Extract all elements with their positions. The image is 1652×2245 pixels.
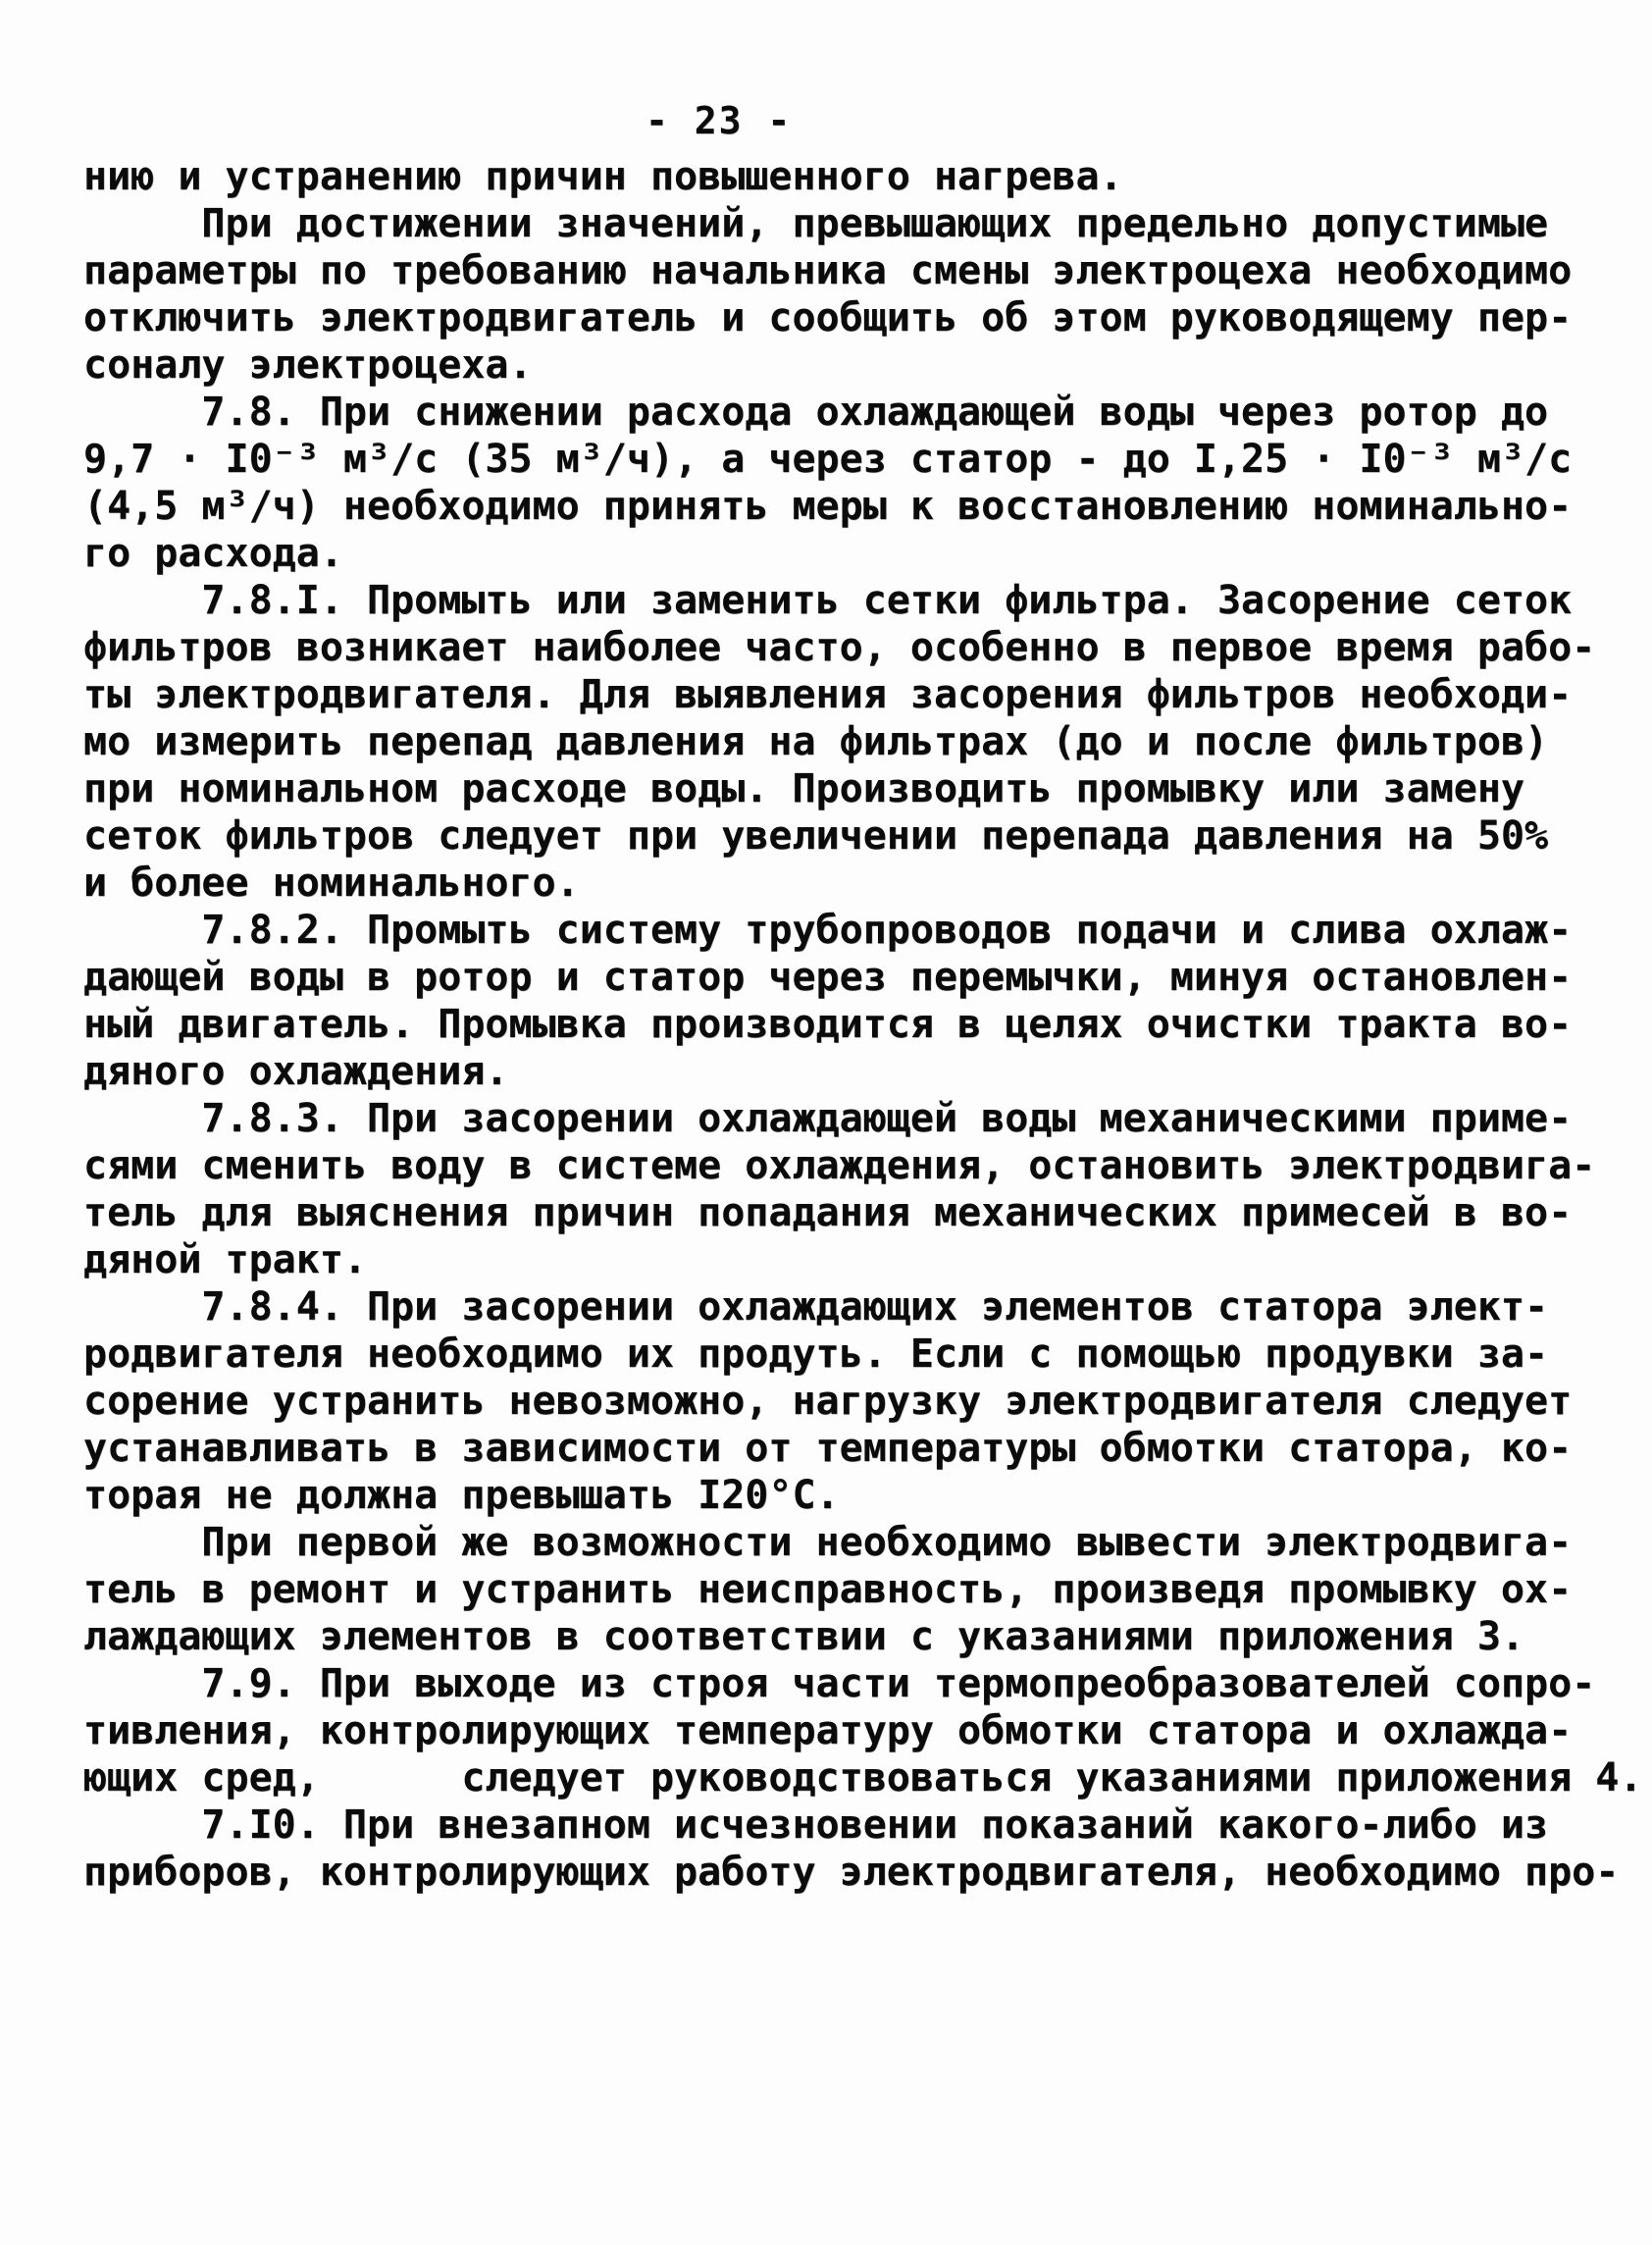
text-line: тель в ремонт и устранить неисправность,… xyxy=(83,1566,1643,1613)
text-line: тивления, контролирующих температуру обм… xyxy=(83,1707,1643,1754)
text-line: При достижении значений, превышающих пре… xyxy=(83,200,1643,247)
text-line: 7.8.3. При засорении охлаждающей воды ме… xyxy=(83,1095,1643,1142)
text-line: нию и устранению причин повышенного нагр… xyxy=(83,153,1643,200)
scanned-document-page: - 23 - нию и устранению причин повышенно… xyxy=(0,0,1652,2245)
text-line: родвигателя необходимо их продуть. Если … xyxy=(83,1331,1643,1378)
text-line: дяной тракт. xyxy=(83,1236,1643,1283)
text-line: дающей воды в ротор и статор через перем… xyxy=(83,954,1643,1001)
text-line: устанавливать в зависимости от температу… xyxy=(83,1425,1643,1472)
text-line: 7.9. При выходе из строя части термопрео… xyxy=(83,1660,1643,1707)
text-line: и более номинального. xyxy=(83,860,1643,907)
text-line: дяного охлаждения. xyxy=(83,1048,1643,1095)
text-line: мо измерить перепад давления на фильтрах… xyxy=(83,718,1643,765)
text-line: при номинальном расходе воды. Производит… xyxy=(83,765,1643,812)
text-line: 7.8.I. Промыть или заменить сетки фильтр… xyxy=(83,577,1643,624)
text-line: 7.8. При снижении расхода охлаждающей во… xyxy=(83,389,1643,436)
page-number: - 23 - xyxy=(645,100,792,141)
text-line: 9,7 · I0⁻³ м³/с (35 м³/ч), а через стато… xyxy=(83,436,1643,483)
text-line: го расхода. xyxy=(83,530,1643,577)
text-line: параметры по требованию начальника смены… xyxy=(83,247,1643,294)
text-line: При первой же возможности необходимо выв… xyxy=(83,1519,1643,1566)
text-line: сеток фильтров следует при увеличении пе… xyxy=(83,812,1643,860)
text-line: соналу электроцеха. xyxy=(83,341,1643,389)
text-line: 7.I0. При внезапном исчезновении показан… xyxy=(83,1801,1643,1849)
text-line: ющих сред, следует руководствоваться ука… xyxy=(83,1754,1643,1801)
text-line: отключить электродвигатель и сообщить об… xyxy=(83,294,1643,341)
text-line: фильтров возникает наиболее часто, особе… xyxy=(83,624,1643,671)
text-line: ты электродвигателя. Для выявления засор… xyxy=(83,671,1643,718)
text-line: приборов, контролирующих работу электрод… xyxy=(83,1849,1643,1896)
text-line: ный двигатель. Промывка производится в ц… xyxy=(83,1001,1643,1048)
text-line: сорение устранить невозможно, нагрузку э… xyxy=(83,1378,1643,1425)
text-line: (4,5 м³/ч) необходимо принять меры к вос… xyxy=(83,483,1643,530)
text-line: лаждающих элементов в соответствии с ука… xyxy=(83,1613,1643,1660)
text-line: сями сменить воду в системе охлаждения, … xyxy=(83,1142,1643,1189)
text-line: 7.8.2. Промыть систему трубопроводов под… xyxy=(83,907,1643,954)
text-line: тель для выяснения причин попадания меха… xyxy=(83,1189,1643,1236)
text-line: 7.8.4. При засорении охлаждающих элемент… xyxy=(83,1283,1643,1331)
text-line: торая не должна превышать I20°С. xyxy=(83,1472,1643,1519)
document-body: нию и устранению причин повышенного нагр… xyxy=(83,153,1643,1896)
